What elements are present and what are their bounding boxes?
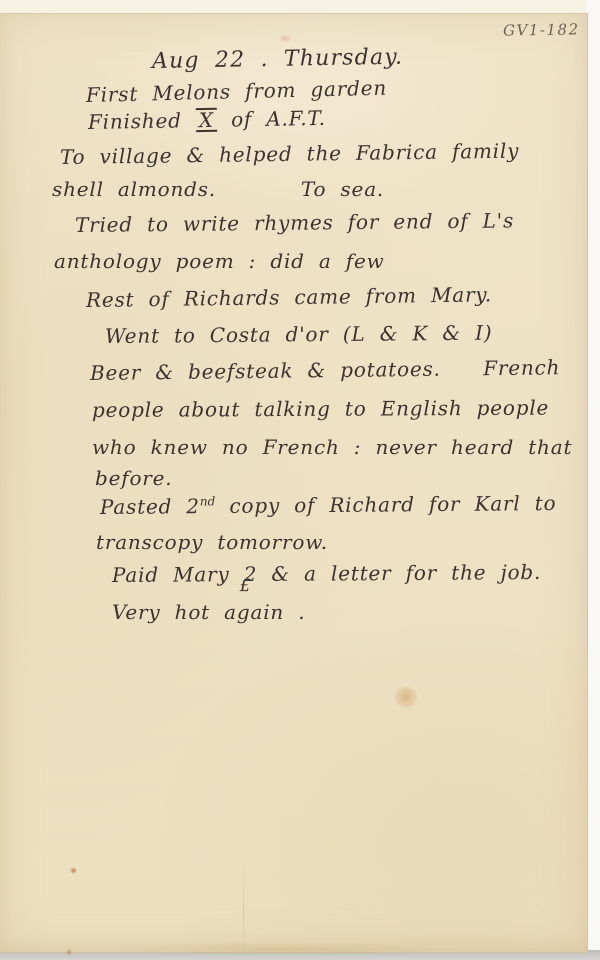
scan-edge-right — [586, 0, 600, 952]
paper-crease — [243, 856, 244, 960]
foxing-spot — [394, 686, 418, 708]
diary-line: before. — [95, 467, 172, 489]
ink-speck — [66, 949, 72, 955]
diary-line: Went to Costa d'or (L & K & I) — [105, 322, 493, 347]
line-text: Paid Mary — [112, 562, 244, 587]
diary-line: shell almonds. To sea. — [52, 178, 384, 200]
diary-line: Rest of Richards came from Mary. — [86, 283, 492, 311]
diary-line: Beer & beefsteak & potatoes. French — [90, 356, 561, 384]
scan-edge-top — [0, 0, 600, 14]
diary-line: Very hot again . — [112, 601, 305, 623]
paper-stain — [278, 34, 292, 43]
paper-smudge — [120, 942, 450, 956]
diary-line: Paid Mary 2£ & a letter for the job. — [112, 561, 541, 586]
line-text: & a letter for the job. — [257, 560, 541, 586]
ink-speck — [70, 867, 77, 874]
archival-mark: GV1-182 — [503, 20, 580, 39]
diary-line: people about talking to English people — [92, 397, 549, 421]
line-text: Finished — [88, 108, 196, 134]
line-text: copy of Richard for Karl to — [215, 491, 556, 518]
diary-line: transcopy tomorrow. — [96, 531, 328, 553]
diary-line: who knew no French : never heard that — [92, 436, 572, 458]
diary-line: Tried to write rhymes for end of L's — [75, 209, 514, 236]
diary-date: Aug 22 . Thursday. — [152, 46, 404, 75]
scanned-diary-page: GV1-182 Aug 22 . Thursday. First Melons … — [0, 0, 600, 960]
amount-with-pound-inserted: 2£ — [244, 563, 258, 585]
roman-numeral-underlined: X — [196, 108, 217, 132]
line-text: of A.F.T. — [217, 106, 326, 132]
diary-line: Finished X of A.F.T. — [88, 106, 326, 134]
ordinal-superscript: nd — [200, 494, 216, 508]
diary-line: anthology poem : did a few — [54, 250, 385, 272]
pound-sign: £ — [240, 577, 252, 596]
line-text: Pasted 2 — [100, 494, 200, 519]
diary-line: Pasted 2nd copy of Richard for Karl to — [100, 492, 557, 518]
